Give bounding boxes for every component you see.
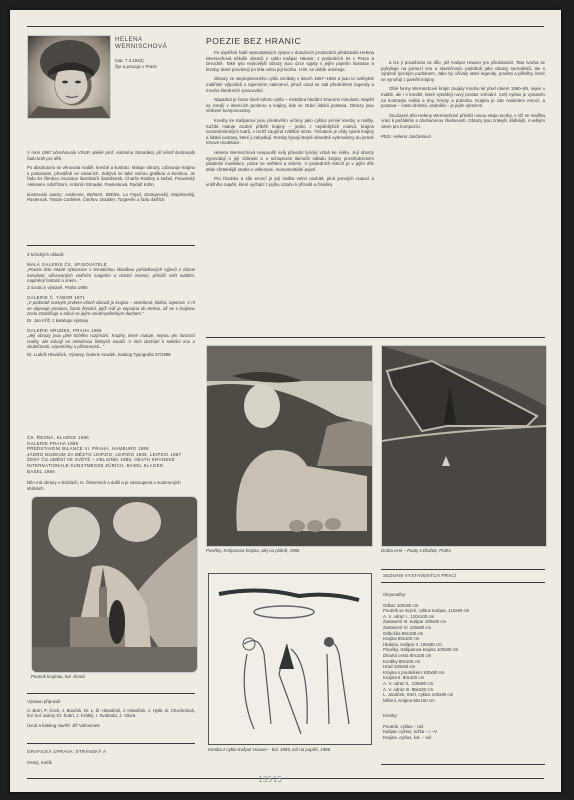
works-list-title: SEZNAM VYSTAVENÝCH PRACÍ <box>383 573 545 579</box>
quote-text: „V podstatě nosným prvkem všech obrazů j… <box>27 300 195 317</box>
section-rule <box>381 569 545 570</box>
quote-source: Z úvodu k výstavě, Praha 1980 <box>27 285 195 291</box>
artist-meta: (nar. 7.3.1942) žije a pracuje v Praze <box>115 58 195 69</box>
illustrated-authors: Ilustrovala autory: Andersen, Bohnert, B… <box>27 192 195 203</box>
artist-first-name: HELENA <box>115 36 167 43</box>
article-paragraph: Helena Wernischová neopouští svůj původn… <box>206 150 374 172</box>
article-paragraph: Nápadná je často tíseň tohoto cyklu – me… <box>206 97 374 114</box>
article-paragraph: Oblé formy Wernischové krajin zaujaly mn… <box>381 86 545 108</box>
drawing-caption: Kresba z cyklu Kašpar Hauser – kol. 1985… <box>208 747 378 753</box>
article-paragraph: a lze ji považovat za dílo, jež Kašpar H… <box>381 60 545 82</box>
church-landscape-illustration-icon <box>32 497 197 672</box>
quotes-section: Z kritických ohlasů: MALÁ GALERIE ČS. SP… <box>27 252 195 362</box>
bio-paragraph: V roce 1967 absolvovala VŠUP, ateliér pr… <box>27 150 195 161</box>
publisher: GRAFICKÁ ÚPRAVA: STRÁNSKÝ a <box>27 749 195 755</box>
section-rule <box>381 764 545 765</box>
quote-source: Dr. Jan Kříž, z katalogu výstavy <box>27 318 195 324</box>
credits-text: A. Born, P. Čech, J. Bouček, Dr. L. Žr. … <box>27 708 195 719</box>
artist-portrait <box>27 35 111 119</box>
work-item: Krajina, cyklus, kol. – tuš <box>383 735 545 741</box>
quote-text: „Poezie této mladé výtvarnice s tematick… <box>27 267 195 284</box>
figures-drawing-illustration-icon <box>209 574 371 744</box>
portrait-illustration-icon <box>28 36 110 118</box>
landscape-with-face-illustration-icon <box>207 346 372 546</box>
quote-source: Dr. Ludvík Hlaváček, Výstavy, Galerie Hr… <box>27 352 195 358</box>
exhibition-item: BASEL 1986 <box>27 469 195 475</box>
document-page: HELENA WERNISCHOVÁ (nar. 7.3.1942) žije … <box>10 10 561 792</box>
archive-stamp: 13515 <box>258 775 282 784</box>
painting-2-caption: Dráha cest – Pauly a Dlažeb, Praha <box>381 548 545 554</box>
exhibitions-note: Dílo má obrazy v sbírkách, N. Österreich… <box>27 480 195 491</box>
article-column-right: a lze ji považovat za dílo, jež Kašpar H… <box>381 60 545 143</box>
quotes-label: Z kritických ohlasů: <box>27 252 195 258</box>
dark-landscape-road-illustration-icon <box>382 346 546 546</box>
article-signature: PhDr. Helena Jančárková <box>381 134 545 140</box>
article-paragraph: Kresby ke Kašparovi jsou především určen… <box>206 118 374 146</box>
left-artwork-caption: Poutník krajinou, kol. zlomů <box>31 674 196 680</box>
article-paragraph: Současné dílo Heleny Wernischové přináší… <box>381 113 545 130</box>
painting-1-caption: Pivoňky, Kašparova krajina, olej na plát… <box>206 548 376 554</box>
left-artwork-image <box>31 496 198 673</box>
section-rule <box>27 245 195 246</box>
quote-text: „Její obrazy jsou plné tichého rozjímání… <box>27 333 195 350</box>
section-rule <box>381 582 545 583</box>
works-list: Olejomalby: Odkaz 100x80 cm Poutník ve s… <box>383 592 545 741</box>
article-paragraph: Po úspěšné řadě samostatných výstav v do… <box>206 50 374 72</box>
article-paragraph: Pro hloubku a sílu emocí je její malba v… <box>206 176 374 187</box>
printer: Osmý, Kotlík <box>27 760 195 766</box>
artist-name-block: HELENA WERNISCHOVÁ <box>115 36 167 50</box>
painting-2-image <box>381 345 547 547</box>
article-paragraph: Obrazy ze stejnojmenného cyklu vznikaly … <box>206 76 374 93</box>
top-rule <box>27 26 544 27</box>
artist-residence: žije a pracuje v Praze <box>115 64 195 70</box>
article-title: POEZIE BEZ HRANIC <box>206 36 301 46</box>
catalog-design: Úvod a katalog navrhl: Jiří Vaňoumek <box>27 723 195 729</box>
credits-label: Výstavu připravili: <box>27 699 195 705</box>
bio-paragraph: Po absolutoriu se věnovala malbě, kresbě… <box>27 165 195 187</box>
artist-last-name: WERNISCHOVÁ <box>115 43 167 50</box>
credits-section: Výstavu připravili: A. Born, P. Čech, J.… <box>27 699 195 732</box>
work-item: Mlčení, Krajina 80x100 cm <box>383 698 545 704</box>
section-rule <box>27 743 195 744</box>
exhibitions-list: ČS. ŘEDNÁ, KLADNO 1986 GALERIE PRAHA 198… <box>27 435 195 474</box>
section-rule <box>206 337 545 338</box>
painting-1-image <box>206 345 373 547</box>
oils-label: Olejomalby: <box>383 592 545 598</box>
drawing-image <box>208 573 372 745</box>
bottom-rule <box>27 778 544 779</box>
bio-section: V roce 1967 absolvovala VŠUP, ateliér pr… <box>27 150 195 207</box>
drawings-label: Kresby: <box>383 713 545 719</box>
section-rule <box>27 693 195 694</box>
article-column-left: Po úspěšné řadě samostatných výstav v do… <box>206 50 374 191</box>
